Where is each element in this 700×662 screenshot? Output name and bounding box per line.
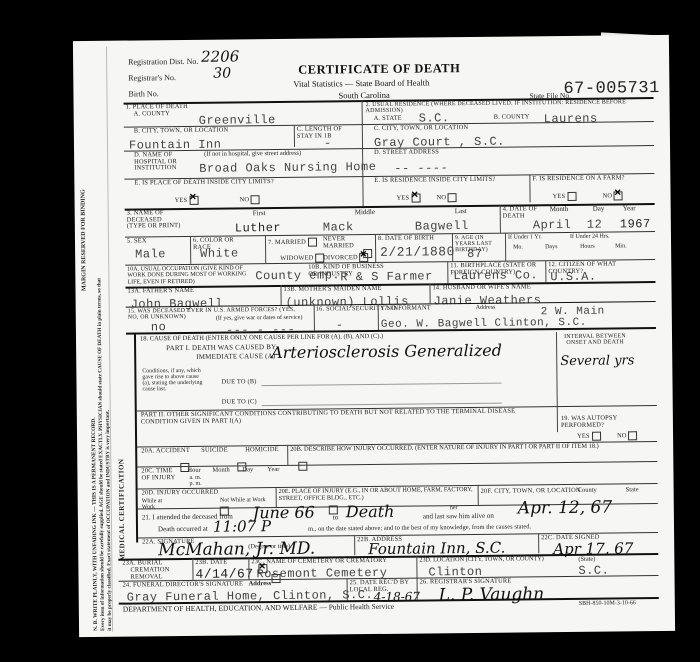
middle-name-label: Middle [355, 209, 375, 217]
conditions-note: Conditions, if any, which gave rise to a… [142, 368, 207, 393]
interval-label: INTERVAL BETWEEN ONSET AND DEATH [560, 333, 630, 346]
accident-option[interactable]: 20a. ACCIDENT [141, 448, 190, 455]
autopsy-label: 19. WAS AUTOPSY PERFORMED? [561, 415, 641, 429]
registrar-no-value: 30 [213, 65, 231, 81]
registration-dist-value: 2206 [201, 47, 239, 65]
autopsy-yes-checkbox[interactable] [592, 432, 601, 441]
due-to-c-label: DUE TO (c) [222, 399, 257, 406]
first-name-value: Luther [235, 221, 281, 235]
res-on-farm-no-checkbox[interactable] [614, 191, 623, 200]
death-day-value: 12 [587, 218, 603, 232]
age-value: 87 [467, 247, 483, 261]
pod-inside-city-label: e. IS PLACE OF DEATH INSIDE CITY LIMITS? [134, 179, 274, 187]
divorced-option[interactable]: DIVORCED [323, 253, 369, 262]
attended-to-value: Death [346, 502, 395, 522]
department-footer: DEPARTMENT OF HEALTH, EDUCATION, AND WEL… [123, 603, 394, 614]
disposition-date-label: 23b. DATE [195, 560, 227, 567]
informant-address-label: Address [476, 305, 496, 312]
margin-binding-note: MARGIN RESERVED FOR BINDING [80, 189, 87, 291]
street-address-value: -- ---- [394, 161, 448, 176]
death-certificate: MARGIN RESERVED FOR BINDING N. B. WRITE … [73, 35, 675, 637]
father-name-label: 13a. FATHER'S NAME [127, 288, 194, 295]
informant-label: 17. INFORMANT [381, 305, 431, 312]
pod-county-label: a. COUNTY [134, 111, 170, 118]
certificate-state: South Carolina [338, 90, 389, 101]
spouse-name-label: 14. HUSBAND OR WIFE'S NAME [432, 284, 530, 292]
res-on-farm-no[interactable]: NO [603, 191, 624, 200]
injury-year-label: Year [267, 467, 279, 474]
homicide-checkbox[interactable] [298, 462, 307, 471]
pod-city-label: b. CITY, TOWN, OR LOCATION [134, 128, 229, 136]
war-dates-label: (If yes, give war or dates of service) [216, 315, 303, 322]
last-saw-value: Apr. 12, 67 [518, 498, 613, 519]
dob-label: 8. DATE OF BIRTH [378, 235, 434, 242]
hospital-value: Broad Oaks Nursing Home [199, 160, 376, 176]
cemetery-label: 23c. NAME OF CEMETERY OR CREMATORY [251, 558, 387, 566]
death-time-value: 11:07 P [213, 517, 271, 536]
pod-inside-city-no[interactable]: NO [240, 195, 261, 204]
hospital-note: (If not in hospital, give street address… [204, 151, 301, 159]
color-race-value: White [200, 246, 239, 260]
describe-injury-label: 20b. DESCRIBE HOW INJURY OCCURRED. (Ente… [290, 444, 599, 454]
days-label: Days [545, 244, 557, 250]
hospital-label: d. NAME OF HOSPITAL OR INSTITUTION [134, 152, 194, 173]
location-state-label: (State) [578, 557, 595, 564]
death-day-label: Day [593, 206, 605, 213]
injury-occurred-label: 20d. INJURY OCCURRED [142, 490, 219, 498]
pod-inside-city-yes[interactable]: YES [175, 196, 199, 205]
married-checkbox[interactable] [308, 238, 317, 247]
res-county-value: Laurens [544, 112, 598, 127]
injury-state-label: State [626, 487, 639, 494]
occupation-label: 10a. USUAL OCCUPATION (Give kind of work… [127, 265, 252, 285]
birthplace-value: Laurens Co. [453, 268, 538, 283]
first-name-label: First [253, 210, 266, 217]
injury-county-label: County [578, 488, 597, 495]
death-year-label: Year [623, 205, 636, 212]
autopsy-no[interactable]: NO [617, 431, 638, 440]
married-option[interactable]: 7. MARRIED [268, 238, 317, 248]
months-label: Mo. [513, 244, 523, 250]
death-occurred-label: Death occurred at [158, 526, 208, 534]
pod-inside-city-no-checkbox[interactable] [251, 195, 260, 204]
injury-month-label: Month [212, 468, 229, 475]
middle-name-value: Mack [323, 220, 354, 234]
form-code: SBH-850-10M-3-10-66 [579, 600, 636, 607]
last-saw-her-annotation: her [450, 505, 458, 511]
minutes-label: Min. [615, 243, 627, 249]
immediate-cause-label: IMMEDIATE CAUSE (a) [196, 353, 275, 361]
res-on-farm-yes-checkbox[interactable] [567, 192, 576, 201]
injury-city-label: 20f. CITY, TOWN, OR LOCATION [481, 488, 581, 496]
certificate-subtitle: Vital Statistics — State Board of Health [293, 77, 429, 88]
sex-label: 5. SEX [127, 238, 147, 245]
last-name-value: Bagwell [415, 219, 469, 234]
state-file-no-value: 67-005731 [563, 79, 660, 99]
injury-hour-label: Hour [187, 468, 200, 475]
under-24-hrs-label: If Under 24 Hrs. [570, 234, 610, 241]
res-city-label: c. CITY, TOWN, OR LOCATION [374, 125, 469, 133]
sex-value: Male [135, 247, 166, 261]
deceased-name-label: 3. NAME OF DECEASED (Type or print) [127, 210, 182, 231]
registration-dist-label: Registration Dist. No. [128, 58, 198, 67]
medical-certification-label: MEDICAL CERTIFICATION [117, 459, 126, 561]
mother-maiden-name-label: 13b. MOTHER'S MAIDEN NAME [283, 286, 381, 294]
business-value: R & S Farmer [340, 269, 433, 284]
last-name-label: Last [455, 208, 467, 215]
birth-no-label: Birth No. [128, 90, 158, 99]
homicide-option[interactable]: HOMICIDE [245, 447, 279, 454]
dob-value: 2/21/1880 [380, 244, 455, 260]
pm-label: p. m. [190, 481, 202, 487]
res-on-farm-label: f. IS RESIDENCE ON A FARM? [532, 175, 642, 183]
death-year-value: 1967 [620, 217, 651, 231]
last-saw-label: and last saw him alive on [423, 513, 494, 521]
divorced-checkbox[interactable] [360, 253, 369, 262]
autopsy-yes[interactable]: YES [577, 432, 601, 441]
never-married-option[interactable]: NEVER MARRIED [323, 236, 363, 250]
res-county-label: b. COUNTY [494, 114, 530, 121]
res-inside-city-label: e. IS RESIDENCE INSIDE CITY LIMITS? [374, 176, 524, 184]
res-inside-city-no-checkbox[interactable] [448, 193, 457, 202]
res-inside-city-yes-checkbox[interactable] [411, 194, 420, 203]
injury-day-label: Day [242, 467, 253, 474]
registrar-signature-value: L. P. Vaughn [439, 584, 545, 605]
time-of-injury-label: 20c. TIME OF INJURY [141, 468, 181, 482]
registrar-no-label: Registrar's No. [128, 74, 176, 83]
res-inside-city-yes[interactable]: YES [397, 194, 421, 203]
death-month-label: Month [550, 206, 569, 214]
certificate-title: CERTIFICATE OF DEATH [298, 61, 460, 78]
attended-to-label: to [333, 514, 339, 521]
funeral-address-label: Address [249, 581, 272, 588]
place-of-injury-label: 20e. PLACE OF INJURY (e.g., in or about … [279, 487, 479, 502]
death-month-value: April [533, 218, 572, 232]
due-to-b-label: DUE TO (b) [221, 379, 256, 386]
death-occurred-statement: m., on the date stated above; and to the… [308, 524, 531, 533]
location-label: 23d. LOCATION (City, town, or county) [419, 556, 543, 564]
suicide-option[interactable]: SUICIDE [201, 448, 228, 455]
res-on-farm-yes[interactable]: YES [553, 192, 577, 201]
autopsy-no-checkbox[interactable] [628, 431, 637, 440]
funeral-director-label: 24. FUNERAL DIRECTOR'S SIGNATURE [123, 581, 244, 589]
res-inside-city-no[interactable]: NO [437, 193, 458, 202]
under-1-yr-label: If Under 1 Yr. [508, 234, 542, 241]
widowed-option[interactable]: WIDOWED [280, 254, 324, 263]
hours-label: Hours [580, 244, 595, 250]
part-2-label: PART II. OTHER SIGNIFICANT CONDITIONS CO… [141, 408, 551, 426]
street-address-label: d. STREET ADDRESS [374, 149, 439, 156]
res-state-label: a. STATE [374, 116, 402, 123]
usual-residence-label: 2. USUAL RESIDENCE (Where deceased lived… [366, 99, 656, 115]
pod-inside-city-yes-checkbox[interactable] [189, 196, 198, 205]
interval-value: Several yrs [560, 353, 634, 369]
immediate-cause-value: Arteriosclerosis Generalized [271, 341, 502, 362]
